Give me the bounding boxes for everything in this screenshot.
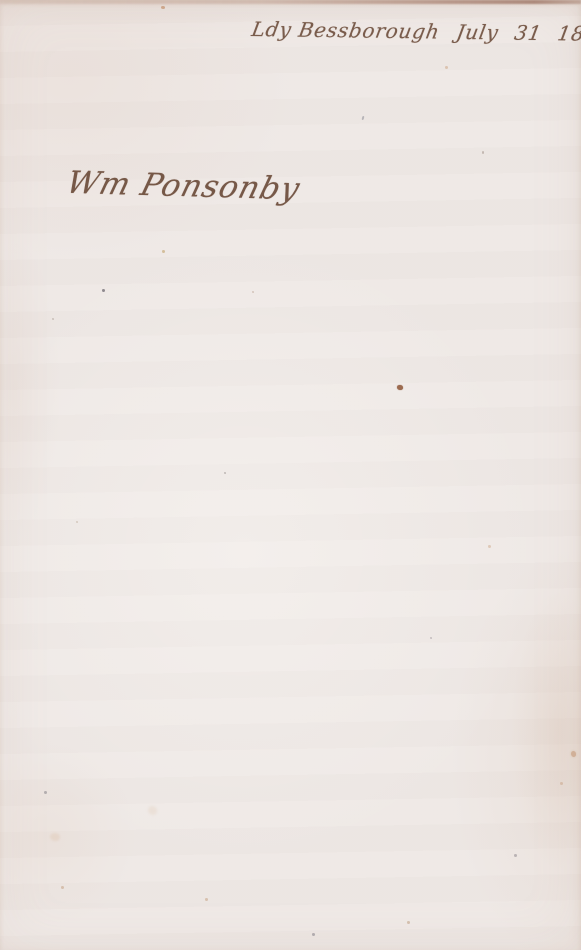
book-flyleaf-scan: Ldy BessboroughJuly 31 1816 Wm Ponsonby	[0, 0, 581, 950]
foxing-spot	[397, 385, 403, 390]
foxing-spot	[224, 472, 226, 474]
edge-stain	[0, 240, 60, 540]
inscription-top-right: Ldy BessboroughJuly 31 1816	[250, 17, 581, 46]
edge-stain	[511, 590, 581, 870]
foxing-spot	[252, 291, 254, 293]
foxing-spot	[162, 250, 165, 253]
foxing-spot	[161, 6, 165, 9]
foxing-spot	[50, 833, 60, 841]
foxing-spot	[61, 886, 64, 889]
foxing-spot	[445, 66, 448, 69]
foxing-spot	[514, 854, 517, 857]
foxing-spot	[560, 782, 563, 785]
foxing-spot	[148, 806, 157, 815]
foxing-spot	[76, 521, 78, 523]
foxing-spot	[488, 545, 491, 548]
foxing-spot	[362, 116, 365, 120]
inscription-date: July 31 1816	[455, 20, 581, 46]
page-top-edge-shadow	[0, 0, 581, 4]
foxing-spot	[205, 898, 208, 901]
foxing-spot	[102, 289, 105, 292]
foxing-spot	[312, 933, 315, 936]
signature-text: Wm Ponsonby	[63, 165, 304, 207]
inscription-owner-name: Ldy Bessborough	[250, 17, 442, 44]
foxing-spot	[44, 791, 47, 794]
foxing-spot	[482, 151, 484, 154]
signature-inscription: Wm Ponsonby	[63, 165, 304, 207]
foxing-spot	[430, 637, 432, 639]
foxing-spot	[52, 318, 54, 320]
foxing-spot	[571, 751, 576, 757]
foxing-spot	[407, 921, 410, 924]
